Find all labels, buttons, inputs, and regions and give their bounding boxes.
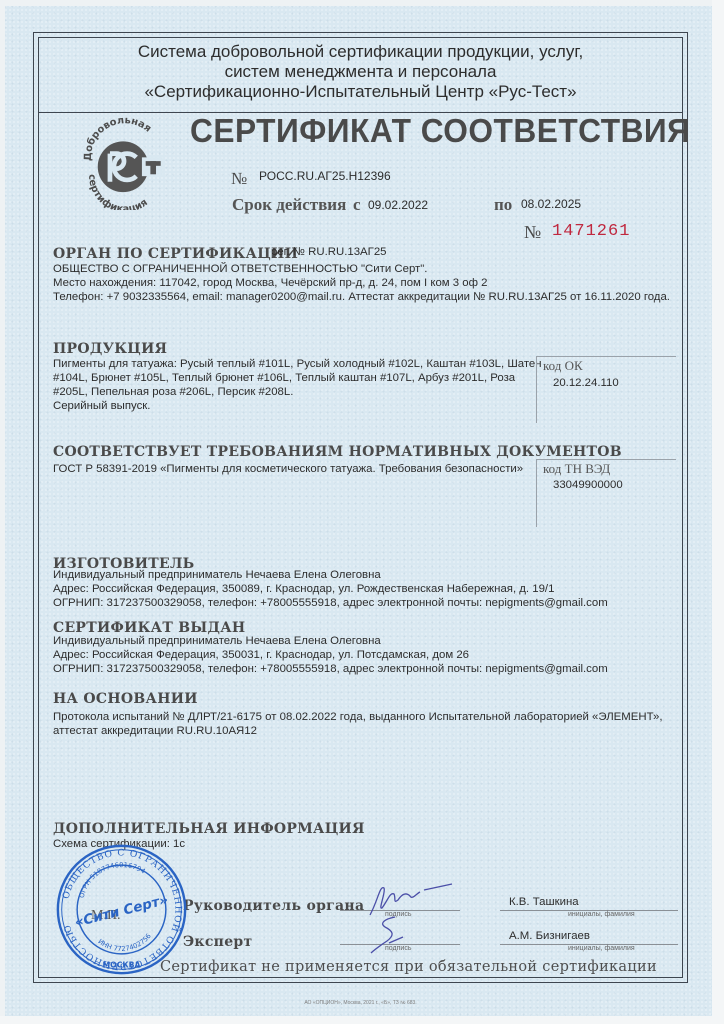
printer-imprint: АО «ОПЦИОН», Москва, 2021 г., «Б», ТЗ № …	[38, 1000, 683, 1006]
validity-to-date: 08.02.2025	[521, 197, 581, 211]
expert-label: Эксперт	[183, 934, 253, 950]
conformity-standard: ГОСТ Р 58391-2019 «Пигменты для косметич…	[53, 462, 523, 476]
tnved-code-label: код ТН ВЭД	[543, 461, 610, 477]
company-seal-icon: ОБЩЕСТВО С ОГРАНИЧЕННОЙ ОТВЕТСТВЕННОСТЬЮ…	[54, 842, 189, 977]
scan-edge-left	[0, 0, 5, 1024]
scan-edge-bottom	[0, 1016, 724, 1024]
product-line-4: Серийный выпуск.	[53, 399, 150, 413]
manufacturer-name: Индивидуальный предприниматель Нечаева Е…	[53, 568, 381, 582]
certification-body-title: ОРГАН ПО СЕРТИФИКАЦИИ	[53, 246, 298, 262]
certification-body-name: ОБЩЕСТВО С ОГРАНИЧЕННОЙ ОТВЕТСТВЕННОСТЬЮ…	[53, 262, 427, 276]
additional-info-title: ДОПОЛНИТЕЛЬНАЯ ИНФОРМАЦИЯ	[53, 821, 365, 837]
blank-number: 1471261	[552, 222, 630, 241]
product-line-1: Пигменты для татуажа: Русый теплый #101L…	[53, 357, 542, 371]
expert-signature-icon	[365, 915, 425, 955]
certificate-number: РОСС.RU.АГ25.Н12396	[259, 169, 391, 183]
product-line-3: #205L, Пепельная роза #206L, Персик #208…	[53, 385, 293, 399]
certification-body-address: Место нахождения: 117042, город Москва, …	[53, 276, 488, 290]
basis-title: НА ОСНОВАНИИ	[53, 691, 198, 707]
certification-body-contacts: Телефон: +7 9032335564, email: manager02…	[53, 290, 670, 304]
header-line-2: систем менеджмента и персонала	[38, 62, 683, 82]
conformity-title: СООТВЕТСТВУЕТ ТРЕБОВАНИЯМ НОРМАТИВНЫХ ДО…	[53, 444, 622, 460]
issued-to-address: Адрес: Российская Федерация, 350031, г. …	[53, 648, 469, 662]
head-name: К.В. Ташкина	[509, 895, 579, 909]
issued-to-contacts: ОГРНИП: 317237500329058, телефон: +78005…	[53, 662, 608, 676]
voluntary-certification-logo-icon: Добровольная сертификация	[78, 116, 172, 210]
issued-to-name: Индивидуальный предприниматель Нечаева Е…	[53, 634, 381, 648]
header-line-1: Система добровольной сертификации продук…	[38, 42, 683, 62]
seal-city: МОСКВА	[103, 960, 141, 969]
validity-label: Срок действия	[232, 195, 346, 215]
basis-protocol: Протокола испытаний № ДЛРТ/21-6175 от 08…	[53, 710, 663, 724]
manufacturer-address: Адрес: Российская Федерация, 350089, г. …	[53, 582, 554, 596]
basis-accreditation: аттестат аккредитации RU.RU.10АЯ12	[53, 724, 257, 738]
head-signature-icon	[360, 880, 460, 920]
product-title: ПРОДУКЦИЯ	[53, 341, 167, 357]
expert-name: А.М. Бизнигаев	[509, 929, 590, 943]
validity-to-label: по	[494, 195, 512, 215]
ok-code-label: код ОК	[543, 358, 583, 374]
head-of-body-label: Руководитель органа	[183, 898, 364, 914]
scan-edge-top	[0, 0, 724, 6]
header-line-3: «Сертификационно-Испытательный Центр «Ру…	[38, 82, 683, 102]
tnved-code-value: 33049900000	[553, 478, 623, 492]
certificate-title: СЕРТИФИКАТ СООТВЕТСТВИЯ	[190, 112, 690, 150]
validity-from-date: 09.02.2022	[368, 198, 428, 212]
scan-edge-right	[712, 0, 724, 1024]
voluntary-disclaimer: Сертификат не применяется при обязательн…	[160, 959, 657, 975]
manufacturer-contacts: ОГРНИП: 317237500329058, телефон: +78005…	[53, 596, 608, 610]
seal-center-text: «Сити Серт»	[73, 892, 169, 931]
head-name-caption: инициалы, фамилия	[568, 911, 635, 918]
blank-number-sign: №	[524, 222, 541, 243]
ok-code-value: 20.12.24.110	[553, 376, 619, 390]
certification-body-reg: рег. № RU.RU.13АГ25	[271, 245, 387, 259]
validity-from-label: с	[353, 195, 361, 215]
expert-name-caption: инициалы, фамилия	[568, 945, 635, 952]
number-sign: №	[231, 169, 247, 189]
product-line-2: #104L, Брюнет #105L, Теплый брюнет #106L…	[53, 371, 515, 385]
